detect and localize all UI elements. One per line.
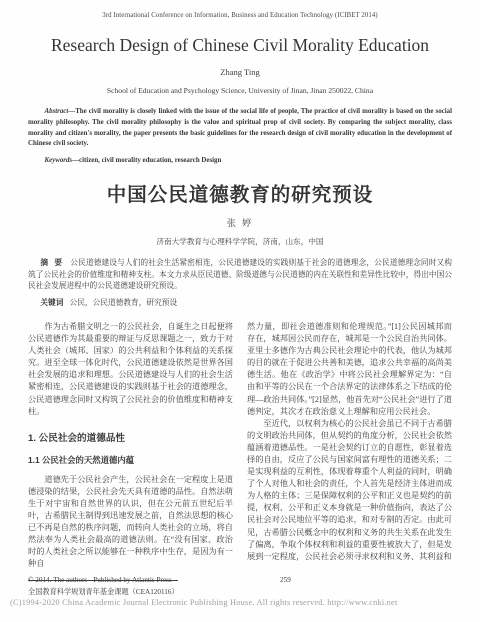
two-column-body: 作为古希腊文明之一的公民社会，自诞生之日起便将公民道德作为其最重要的辩证与反思课…	[28, 321, 452, 598]
keywords-english: Keywords—citizen, civil morality educati…	[28, 157, 452, 164]
body-paragraph: 作为古希腊文明之一的公民社会，自诞生之日起便将公民道德作为其最重要的辩证与反思课…	[28, 321, 233, 418]
affiliation-chinese: 济南大学教育与心理科学学院，济南，山东，中国	[28, 236, 452, 247]
keywords-text-chinese: 公民，公民道德教育，研究预设	[70, 298, 178, 307]
left-column: 作为古希腊文明之一的公民社会，自诞生之日起便将公民道德作为其最重要的辩证与反思课…	[28, 321, 233, 598]
affiliation-english: School of Education and Psychology Scien…	[28, 86, 452, 95]
page-footer: © 2014. The authors - Published by Atlan…	[28, 576, 452, 584]
body-paragraph: 至近代，以权利为核心的公民社会虽已不同于古希腊的文明政治共同体，但从契约的角度分…	[247, 418, 452, 563]
keywords-label-english: Keywords—	[45, 157, 79, 164]
cnki-watermark: (C)1994-2020 China Academic Journal Elec…	[10, 598, 398, 607]
body-paragraph: 然力量，即社会道德准则和伦理规范。”[1]公民因城邦而存在，城邦因公民而存在，城…	[247, 321, 452, 418]
author-name-english: Zhang Ting	[28, 67, 452, 77]
funding-footnote: 全国教育科学规划青年基金课题（CEA120116）	[28, 587, 233, 597]
section-heading-1-1: 1.1 公民社会的天然道德内蕴	[28, 454, 233, 466]
right-column: 然力量，即社会道德准则和伦理规范。”[1]公民因城邦而存在，城邦因公民而存在，城…	[247, 321, 452, 598]
author-name-chinese: 张 婷	[28, 216, 452, 229]
abstract-text-english: The civil morality is closely linked wit…	[28, 108, 452, 147]
paper-title-chinese: 中国公民道德教育的研究预设	[28, 179, 452, 207]
publisher-copyright: © 2014. The authors - Published by Atlan…	[28, 576, 172, 584]
abstract-label-chinese: 摘 要	[40, 258, 64, 267]
keywords-text-english: citizen, civil morality education, resea…	[79, 157, 221, 164]
abstract-english: Abstract—The civil morality is closely l…	[28, 107, 452, 150]
paper-page: 3rd International Conference on Informat…	[0, 0, 480, 622]
body-paragraph: 道德先于公民社会产生，公民社会在一定程度上是道德浸染的结果，公民社会先天具有道德…	[28, 474, 233, 571]
keywords-label-chinese: 关键词	[40, 298, 63, 307]
conference-header: 3rd International Conference on Informat…	[28, 12, 452, 19]
abstract-chinese: 摘 要公民道德建设与人们的社会生活紧密相连，公民道德建设的实践则基于社会的道德理…	[28, 257, 452, 292]
abstract-text-chinese: 公民道德建设与人们的社会生活紧密相连，公民道德建设的实践则基于社会的道德理念，公…	[28, 258, 452, 290]
paper-title-english: Research Design of Chinese Civil Moralit…	[28, 35, 452, 56]
page-number: 259	[280, 576, 291, 584]
abstract-label-english: Abstract—	[45, 108, 76, 115]
section-heading-1: 1. 公民社会的道德品性	[28, 430, 233, 444]
keywords-chinese: 关键词公民，公民道德教育，研究预设	[28, 297, 452, 308]
